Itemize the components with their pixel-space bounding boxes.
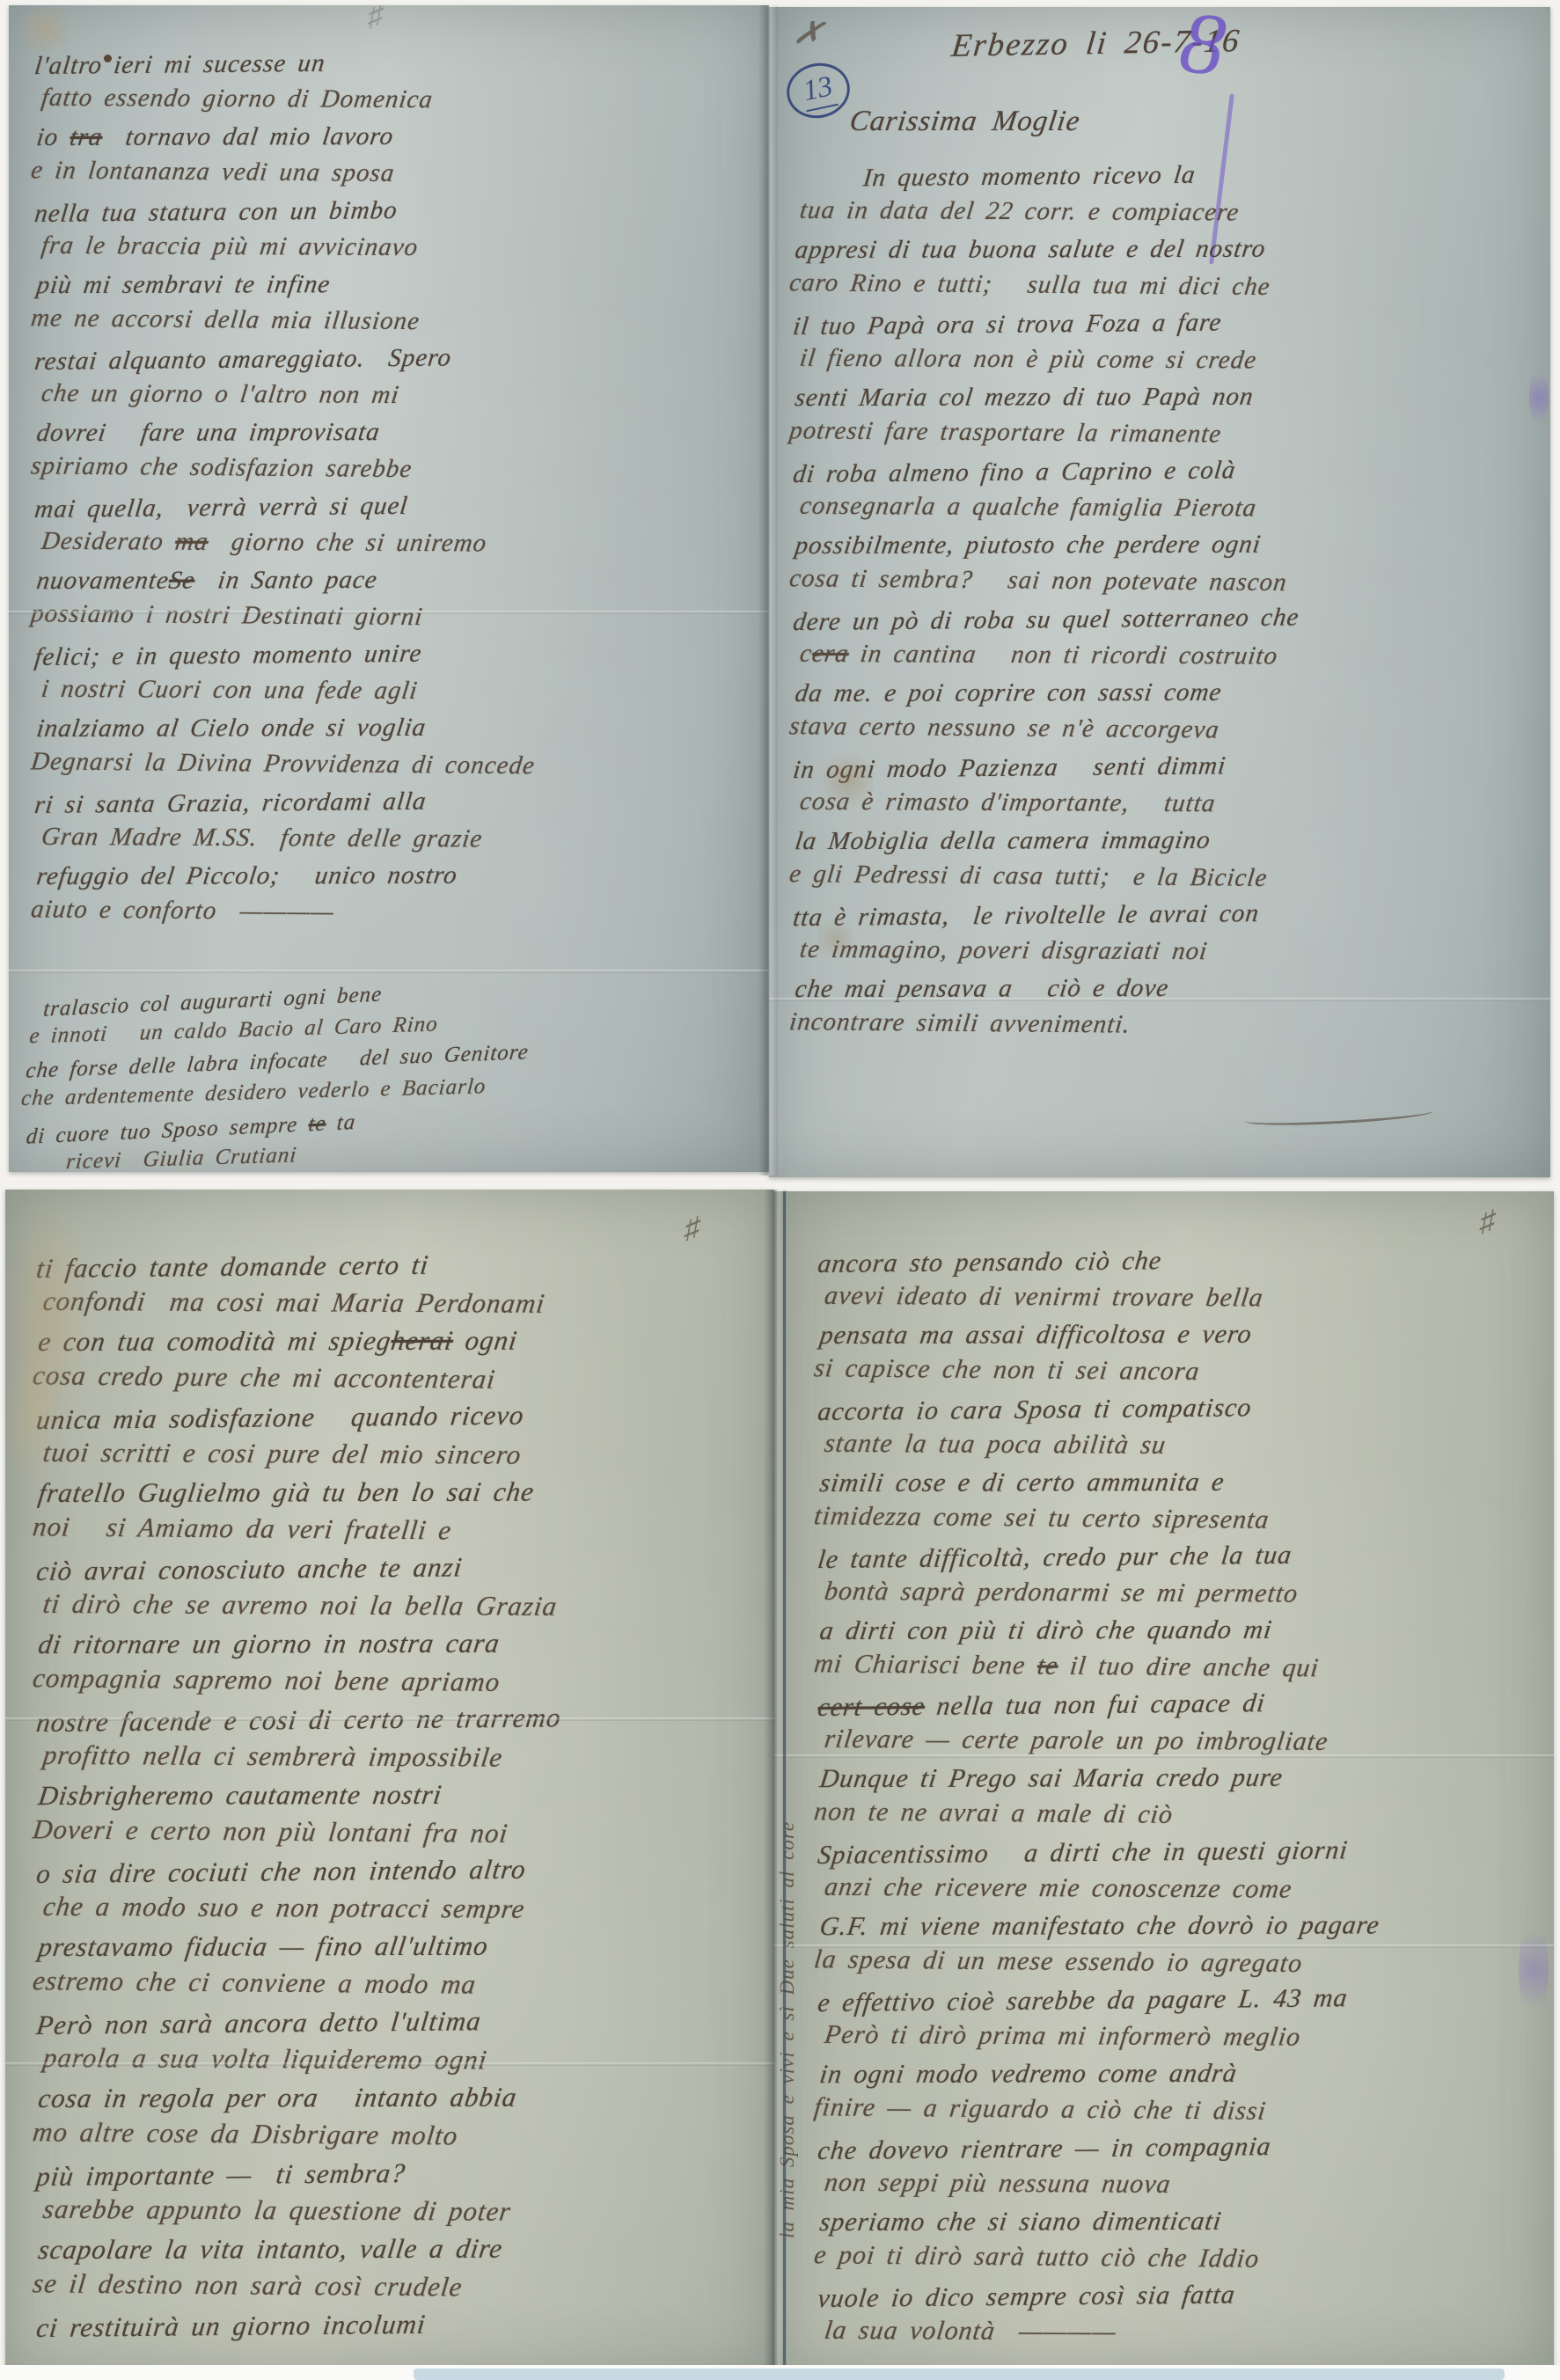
handwritten-line: e poi ti dirò sarà tutto ciò che Iddio bbox=[812, 2237, 1554, 2280]
handwritten-line: ti dirò che se avremo noi la bella Grazi… bbox=[41, 1585, 774, 1626]
handwritten-line: G.F. mi viene manifestato che dovrò io p… bbox=[817, 1907, 1554, 1945]
handwritten-line: fratello Guglielmo già tu ben lo sai che bbox=[36, 1472, 774, 1512]
handwritten-line: Dunque ti Prego sai Maria credo pure bbox=[817, 1759, 1554, 1798]
handwritten-line: l'altro ieri mi sucesse un bbox=[33, 40, 768, 84]
handwritten-line: dere un pò di roba su quel sotterraneo c… bbox=[791, 597, 1550, 641]
handwritten-line: che a modo suo e non potracci sempre bbox=[41, 1887, 774, 1929]
handwritten-line: prestavamo fiducia — fino all'ultimo bbox=[36, 1926, 774, 1966]
handwritten-line: aiuto e conforto ———— bbox=[29, 890, 763, 934]
handwritten-line: felici; e in questo momento unire bbox=[33, 632, 768, 676]
handwritten-line: e in lontananza vedi una sposa bbox=[29, 151, 763, 194]
handwritten-body: l'altro ieri mi sucesse unfatto essendo … bbox=[35, 44, 765, 931]
handwritten-line: cert cose nella tua non fui capace di bbox=[816, 1682, 1554, 1726]
page-bottom-right: ♯ la mia Sposa e vivi e sì Due saluti al… bbox=[774, 1191, 1554, 2372]
handwritten-line: mai quella, verrà verrà si quel bbox=[33, 484, 768, 528]
handwritten-line: inalziamo al Cielo onde si voglia bbox=[34, 708, 769, 747]
handwritten-line: Però non sarà ancora detto l'ultima bbox=[34, 1999, 774, 2044]
handwritten-line: cosa in regola per ora intanto abbia bbox=[36, 2077, 774, 2117]
page-corner-mark: ♯ bbox=[685, 1212, 699, 1246]
handwritten-line: timidezza come sei tu certo sipresenta bbox=[812, 1498, 1554, 1541]
handwritten-line: e effettivo cioè sarebbe da pagare L. 43… bbox=[816, 1978, 1554, 2022]
handwritten-line: parola a sua volta liquideremo ogni bbox=[41, 2039, 774, 2080]
handwritten-line: possibilmente, piutosto che perdere ogni bbox=[793, 525, 1550, 564]
handwritten-line: me ne accorsi della mia illusione bbox=[29, 299, 763, 342]
handwritten-line: bontà saprà perdonarmi se mi permetto bbox=[823, 1573, 1554, 1614]
handwritten-line: Però ti dirò prima mi informerò meglio bbox=[823, 2017, 1554, 2057]
page-top-right: ✗ Erbezzo li 26-7-16 8 13 Carissima Mogl… bbox=[769, 7, 1550, 1177]
handwritten-line: ciò avrai conosciuto anche te anzi bbox=[34, 1545, 774, 1590]
handwritten-line: sarebbe appunto la questione di poter bbox=[41, 2190, 774, 2231]
handwritten-line: o sia dire cociuti che non intendo altro bbox=[34, 1848, 774, 1893]
handwritten-line: dovrei fare una improvisata bbox=[34, 413, 769, 451]
letter-scan: { "document": { "type": "handwritten let… bbox=[0, 0, 1560, 2380]
page-top-left: ♯ l'altro ieri mi sucesse unfatto essend… bbox=[9, 5, 769, 1172]
handwritten-line: non seppi più nessuna nuova bbox=[823, 2164, 1554, 2205]
handwritten-line: si capisce che non ti sei ancora bbox=[812, 1350, 1554, 1393]
margin-vertical-note: la mia Sposa e vivi e sì Due saluti al c… bbox=[776, 1821, 799, 2238]
paper-crease bbox=[5, 2062, 774, 2066]
handwritten-line: incontrare simili avvenimenti. bbox=[787, 1003, 1548, 1047]
paper-crease bbox=[5, 1717, 774, 1721]
handwritten-line: spiriamo che sodisfazion sarebbe bbox=[29, 447, 763, 490]
handwritten-line: ancora sto pensando ciò che bbox=[816, 1239, 1554, 1283]
handwritten-line: i nostri Cuori con una fede agli bbox=[40, 670, 769, 711]
handwritten-line: che mai pensava a ciò e dove bbox=[793, 969, 1550, 1007]
handwritten-line: unica mia sodisfazione quando ricevo bbox=[34, 1394, 774, 1439]
handwritten-line: refuggio del Piccolo; unico nostro bbox=[34, 856, 769, 895]
handwritten-body: In questo momento ricevo latua in data d… bbox=[794, 157, 1550, 1044]
handwritten-line: finire — a riguardo a ciò che ti dissi bbox=[812, 2089, 1554, 2132]
handwritten-line: tua in data del 22 corr. e compiacere bbox=[798, 192, 1550, 233]
pen-flourish bbox=[1244, 1103, 1434, 1128]
handwritten-line: simili cose e di certo ammunita e bbox=[817, 1463, 1554, 1502]
handwritten-line: senti Maria col mezzo di tuo Papà non bbox=[793, 377, 1550, 416]
handwritten-line: Spiacentissimo a dirti che in questi gio… bbox=[816, 1830, 1554, 1874]
handwritten-line: te immagino, poveri disgraziati noi bbox=[798, 931, 1550, 972]
handwritten-body: ancora sto pensando ciò cheavevi ideato … bbox=[818, 1242, 1554, 2351]
handwritten-line: e con tua comodità mi spiegherai ogni bbox=[36, 1321, 774, 1360]
handwritten-line: possiamo i nostri Destinati giorni bbox=[29, 595, 763, 638]
handwritten-line: fatto essendo giorno di Domenica bbox=[40, 79, 769, 120]
handwritten-line: non te ne avrai a male di ciò bbox=[812, 1793, 1554, 1836]
handwritten-line: da me. e poi coprire con sassi come bbox=[793, 673, 1550, 712]
handwritten-line: ri si santa Grazia, ricordami alla bbox=[33, 780, 768, 824]
handwritten-line: il fieno allora non è più come si crede bbox=[798, 340, 1550, 381]
handwritten-line: cosa è rimasto d'importante, tutta bbox=[798, 783, 1550, 824]
paper-crease bbox=[774, 1754, 1554, 1758]
handwritten-line: vuole io dico sempre così sia fatta bbox=[816, 2274, 1554, 2318]
handwritten-line: se il destino non sarà così crudele bbox=[31, 2264, 773, 2308]
handwritten-line: confondi ma cosi mai Maria Perdonami bbox=[41, 1282, 774, 1323]
purple-pencil-mark: 8 bbox=[1175, 7, 1231, 97]
handwritten-line: scapolare la vita intanto, valle a dire bbox=[36, 2229, 774, 2268]
signature-block: tralascio col augurarti ogni benee innot… bbox=[21, 965, 766, 1172]
handwritten-line: speriamo che si siano dimenticati bbox=[817, 2202, 1554, 2241]
handwritten-line: cosa credo pure che mi accontenterai bbox=[31, 1356, 773, 1400]
handwritten-line: in ogni modo vedremo come andrà bbox=[817, 2054, 1554, 2093]
handwritten-line: In questo momento ricevo la bbox=[791, 153, 1550, 197]
handwritten-line: avevi ideato di venirmi trovare bella bbox=[823, 1278, 1554, 1318]
handwritten-line: accorta io cara Sposa ti compatisco bbox=[816, 1387, 1554, 1431]
handwritten-line: restai alquanto amareggiato. Spero bbox=[33, 336, 768, 380]
handwritten-line: nuovamenteSe in Santo pace bbox=[34, 560, 769, 599]
handwritten-line: più mi sembravi te infine bbox=[34, 265, 769, 304]
handwritten-line: Gran Madre M.SS. fonte delle grazie bbox=[40, 818, 769, 859]
handwritten-line: mi Chiarisci bene te il tuo dire anche q… bbox=[812, 1645, 1554, 1688]
handwritten-line: le tante difficoltà, credo pur che la tu… bbox=[816, 1534, 1554, 1578]
handwritten-line: fra le braccia più mi avvicinavo bbox=[40, 227, 769, 267]
handwritten-line: stante la tua poca abilità su bbox=[823, 1425, 1554, 1466]
paper-crease bbox=[774, 1944, 1554, 1948]
handwritten-line: mo altre cose da Disbrigare molto bbox=[31, 2113, 773, 2157]
paper-crease bbox=[9, 611, 769, 614]
handwritten-line: compagnia sapremo noi bene apriamo bbox=[31, 1659, 773, 1703]
handwritten-line: che un giorno o l'altro non mi bbox=[40, 375, 769, 415]
handwritten-line: in ogni modo Pazienza senti dimmi bbox=[791, 744, 1550, 788]
handwritten-line: noi si Amiamo da veri fratelli e bbox=[31, 1507, 773, 1551]
handwritten-line: tuoi scritti e cosi pure del mio sincero bbox=[41, 1433, 774, 1475]
handwritten-line: ti faccio tante domande certo ti bbox=[34, 1242, 774, 1287]
handwritten-line: la sua volontà ———— bbox=[823, 2312, 1554, 2353]
handwritten-line: il tuo Papà ora si trova Foza a fare bbox=[791, 301, 1550, 345]
handwritten-line: consegnarla a qualche famiglia Pierota bbox=[798, 487, 1550, 529]
handwritten-line: più importante — ti sembra? bbox=[34, 2150, 774, 2195]
handwritten-line: nella tua statura con un bimbo bbox=[33, 188, 768, 232]
handwritten-line: tta è rimasta, le rivoltelle le avrai co… bbox=[791, 892, 1550, 936]
handwritten-line: la Mobiglia della camera immagino bbox=[793, 821, 1550, 860]
handwritten-line: io tra tornavo dal mio lavoro bbox=[34, 117, 769, 156]
page-corner-mark: ♯ bbox=[1480, 1205, 1495, 1239]
handwritten-line: Disbrigheremo cautamente nostri bbox=[36, 1775, 774, 1814]
handwritten-line: Desiderato ma giorno che si uniremo bbox=[40, 523, 769, 563]
handwritten-line: pensata ma assai difficoltosa e vero bbox=[817, 1315, 1554, 1354]
handwritten-line: estremo che ci conviene a modo ma bbox=[31, 1961, 773, 2005]
page-corner-mark: ♯ bbox=[368, 5, 383, 33]
handwritten-line: di roba almeno fino a Caprino e colà bbox=[791, 449, 1550, 493]
handwritten-line: appresi di tua buona salute e del nostro bbox=[793, 230, 1550, 268]
handwritten-line: profitto nella ci sembrerà impossibile bbox=[41, 1736, 774, 1777]
page-bottom-left: ♯ ti faccio tante domande certo ticonfon… bbox=[5, 1190, 774, 2372]
handwritten-line: a dirti con più ti dirò che quando mi bbox=[817, 1611, 1554, 1650]
handwritten-body: ti faccio tante domande certo ticonfondi… bbox=[37, 1246, 774, 2343]
handwritten-line: Degnarsi la Divina Provvidenza di conced… bbox=[29, 743, 763, 786]
handwritten-line: di ritornare un giorno in nostra cara bbox=[36, 1623, 774, 1663]
paper-crease bbox=[9, 970, 769, 973]
handwritten-line: Doveri e certo non più lontani fra noi bbox=[31, 1810, 773, 1854]
handwritten-line: ci restituirà un giorno incolumi bbox=[34, 2302, 774, 2347]
pen-scribble: ✗ bbox=[790, 10, 826, 55]
page-number-stamp: 13 bbox=[781, 57, 854, 124]
handwritten-line: cera in cantina non ti ricordi costruito bbox=[798, 635, 1550, 677]
scanner-blue-strip bbox=[414, 2369, 1505, 2380]
salutation: Carissima Moglie bbox=[847, 106, 1082, 138]
handwritten-line: anzi che ricevere mie conoscenze come bbox=[823, 1869, 1554, 1909]
paper-crease bbox=[769, 998, 1550, 1001]
handwritten-line: che dovevo rientrare — in compagnia bbox=[816, 2126, 1554, 2170]
